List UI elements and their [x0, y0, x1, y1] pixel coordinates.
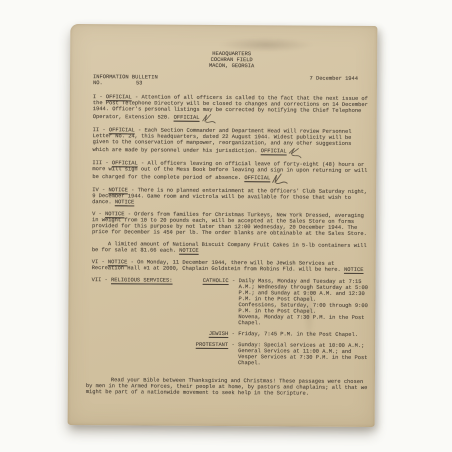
photo-background: HEADQUARTERS COCHRAN FIELD MACON, GEORGI… — [0, 0, 452, 452]
section-ii: II - OFFICIAL - Each Section Commander a… — [92, 127, 369, 156]
service-line: Friday, 7:45 P.M. in the Post Chapel. — [238, 331, 358, 338]
service-schedule: Daily Mass, Monday and Tuesday at 7:15 A… — [238, 278, 370, 327]
section-body: - On Monday, 11 December 1944, there wil… — [92, 259, 341, 272]
service-row-catholic: CATHOLIC - Daily Mass, Monday and Tuesda… — [188, 278, 370, 327]
fruitcake-paragraph: A limited amount of National Biscuit Com… — [92, 241, 369, 255]
service-dash: - — [228, 278, 238, 326]
section-iv: IV - NOTICE - There is no planned entert… — [92, 187, 369, 207]
service-dash: - — [228, 342, 238, 366]
section-label: RELIGIOUS SERVICES: — [111, 277, 173, 283]
section-vi: VI - NOTICE - On Monday, 11 December 194… — [92, 259, 369, 273]
service-line: Novena, Monday at 7:30 P.M. in the Post … — [238, 314, 364, 326]
header-line-city: MACON, GEORGIA — [93, 62, 370, 70]
pen-checkmark-icon — [287, 145, 305, 160]
typewritten-content: HEADQUARTERS COCHRAN FIELD MACON, GEORGI… — [91, 50, 370, 402]
bulletin-paper: HEADQUARTERS COCHRAN FIELD MACON, GEORGI… — [68, 24, 378, 427]
pen-checkmark-icon — [269, 172, 289, 188]
service-line: Daily Mass, Monday and Tuesday at 7:15 A… — [238, 278, 368, 303]
section-tail-label: NOTICE — [115, 199, 134, 205]
section-vii-religious-services: VII - RELIGIOUS SERVICES: CATHOLIC - Dai… — [91, 277, 369, 372]
section-tail-label: OFFICIAL — [261, 148, 287, 154]
service-schedule: Friday, 7:45 P.M. in the Post Chapel. — [238, 331, 370, 338]
section-tail-label: OFFICIAL — [244, 175, 270, 181]
section-body: - Attention of all officers is called to… — [93, 94, 368, 120]
section-i: I - OFFICIAL - Attention of all officers… — [93, 94, 370, 123]
section-tail-label: NOTICE — [344, 267, 363, 273]
religious-services-heading: VII - RELIGIOUS SERVICES: — [91, 277, 189, 371]
service-row-protestant: PROTESTANT - Sunday: Special services at… — [188, 342, 370, 367]
pen-checkmark-icon — [200, 113, 216, 125]
fruitcake-tail-label: NOTICE — [179, 248, 198, 254]
section-v: V - NOTICE - Orders from families for Ch… — [92, 211, 369, 237]
bulletin-date: 7 December 1944 — [309, 76, 358, 82]
service-line: Confessions, Saturday, 7:00 through 9:00… — [238, 302, 367, 315]
service-schedule: Sunday: Special services at 10:00 A.M.; … — [238, 342, 370, 367]
service-row-jewish: JEWISH - Friday, 7:45 P.M. in the Post C… — [188, 331, 370, 338]
section-numeral: VII - — [92, 277, 108, 283]
service-label: JEWISH — [188, 331, 228, 337]
religious-services-table: CATHOLIC - Daily Mass, Monday and Tuesda… — [188, 278, 371, 372]
service-dash: - — [228, 331, 238, 337]
section-body: - Orders from families for Christmas Tur… — [92, 211, 367, 237]
service-label: PROTESTANT — [188, 342, 228, 366]
bulletin-number-label: NO. — [93, 80, 103, 86]
service-label: CATHOLIC — [188, 278, 228, 326]
fruitcake-body: A limited amount of National Biscuit Com… — [92, 241, 367, 253]
bulletin-number-value: 53 — [136, 80, 143, 86]
document-header: HEADQUARTERS COCHRAN FIELD MACON, GEORGI… — [93, 50, 370, 70]
section-tail-label: OFFICIAL — [174, 115, 200, 121]
section-iii: III - OFFICIAL - All officers leaving on… — [92, 160, 369, 183]
service-line: Sunday: Special services at 10:00 A.M.; … — [238, 342, 367, 366]
closing-paragraph: Read your Bible between Thanksgiving and… — [86, 377, 369, 397]
